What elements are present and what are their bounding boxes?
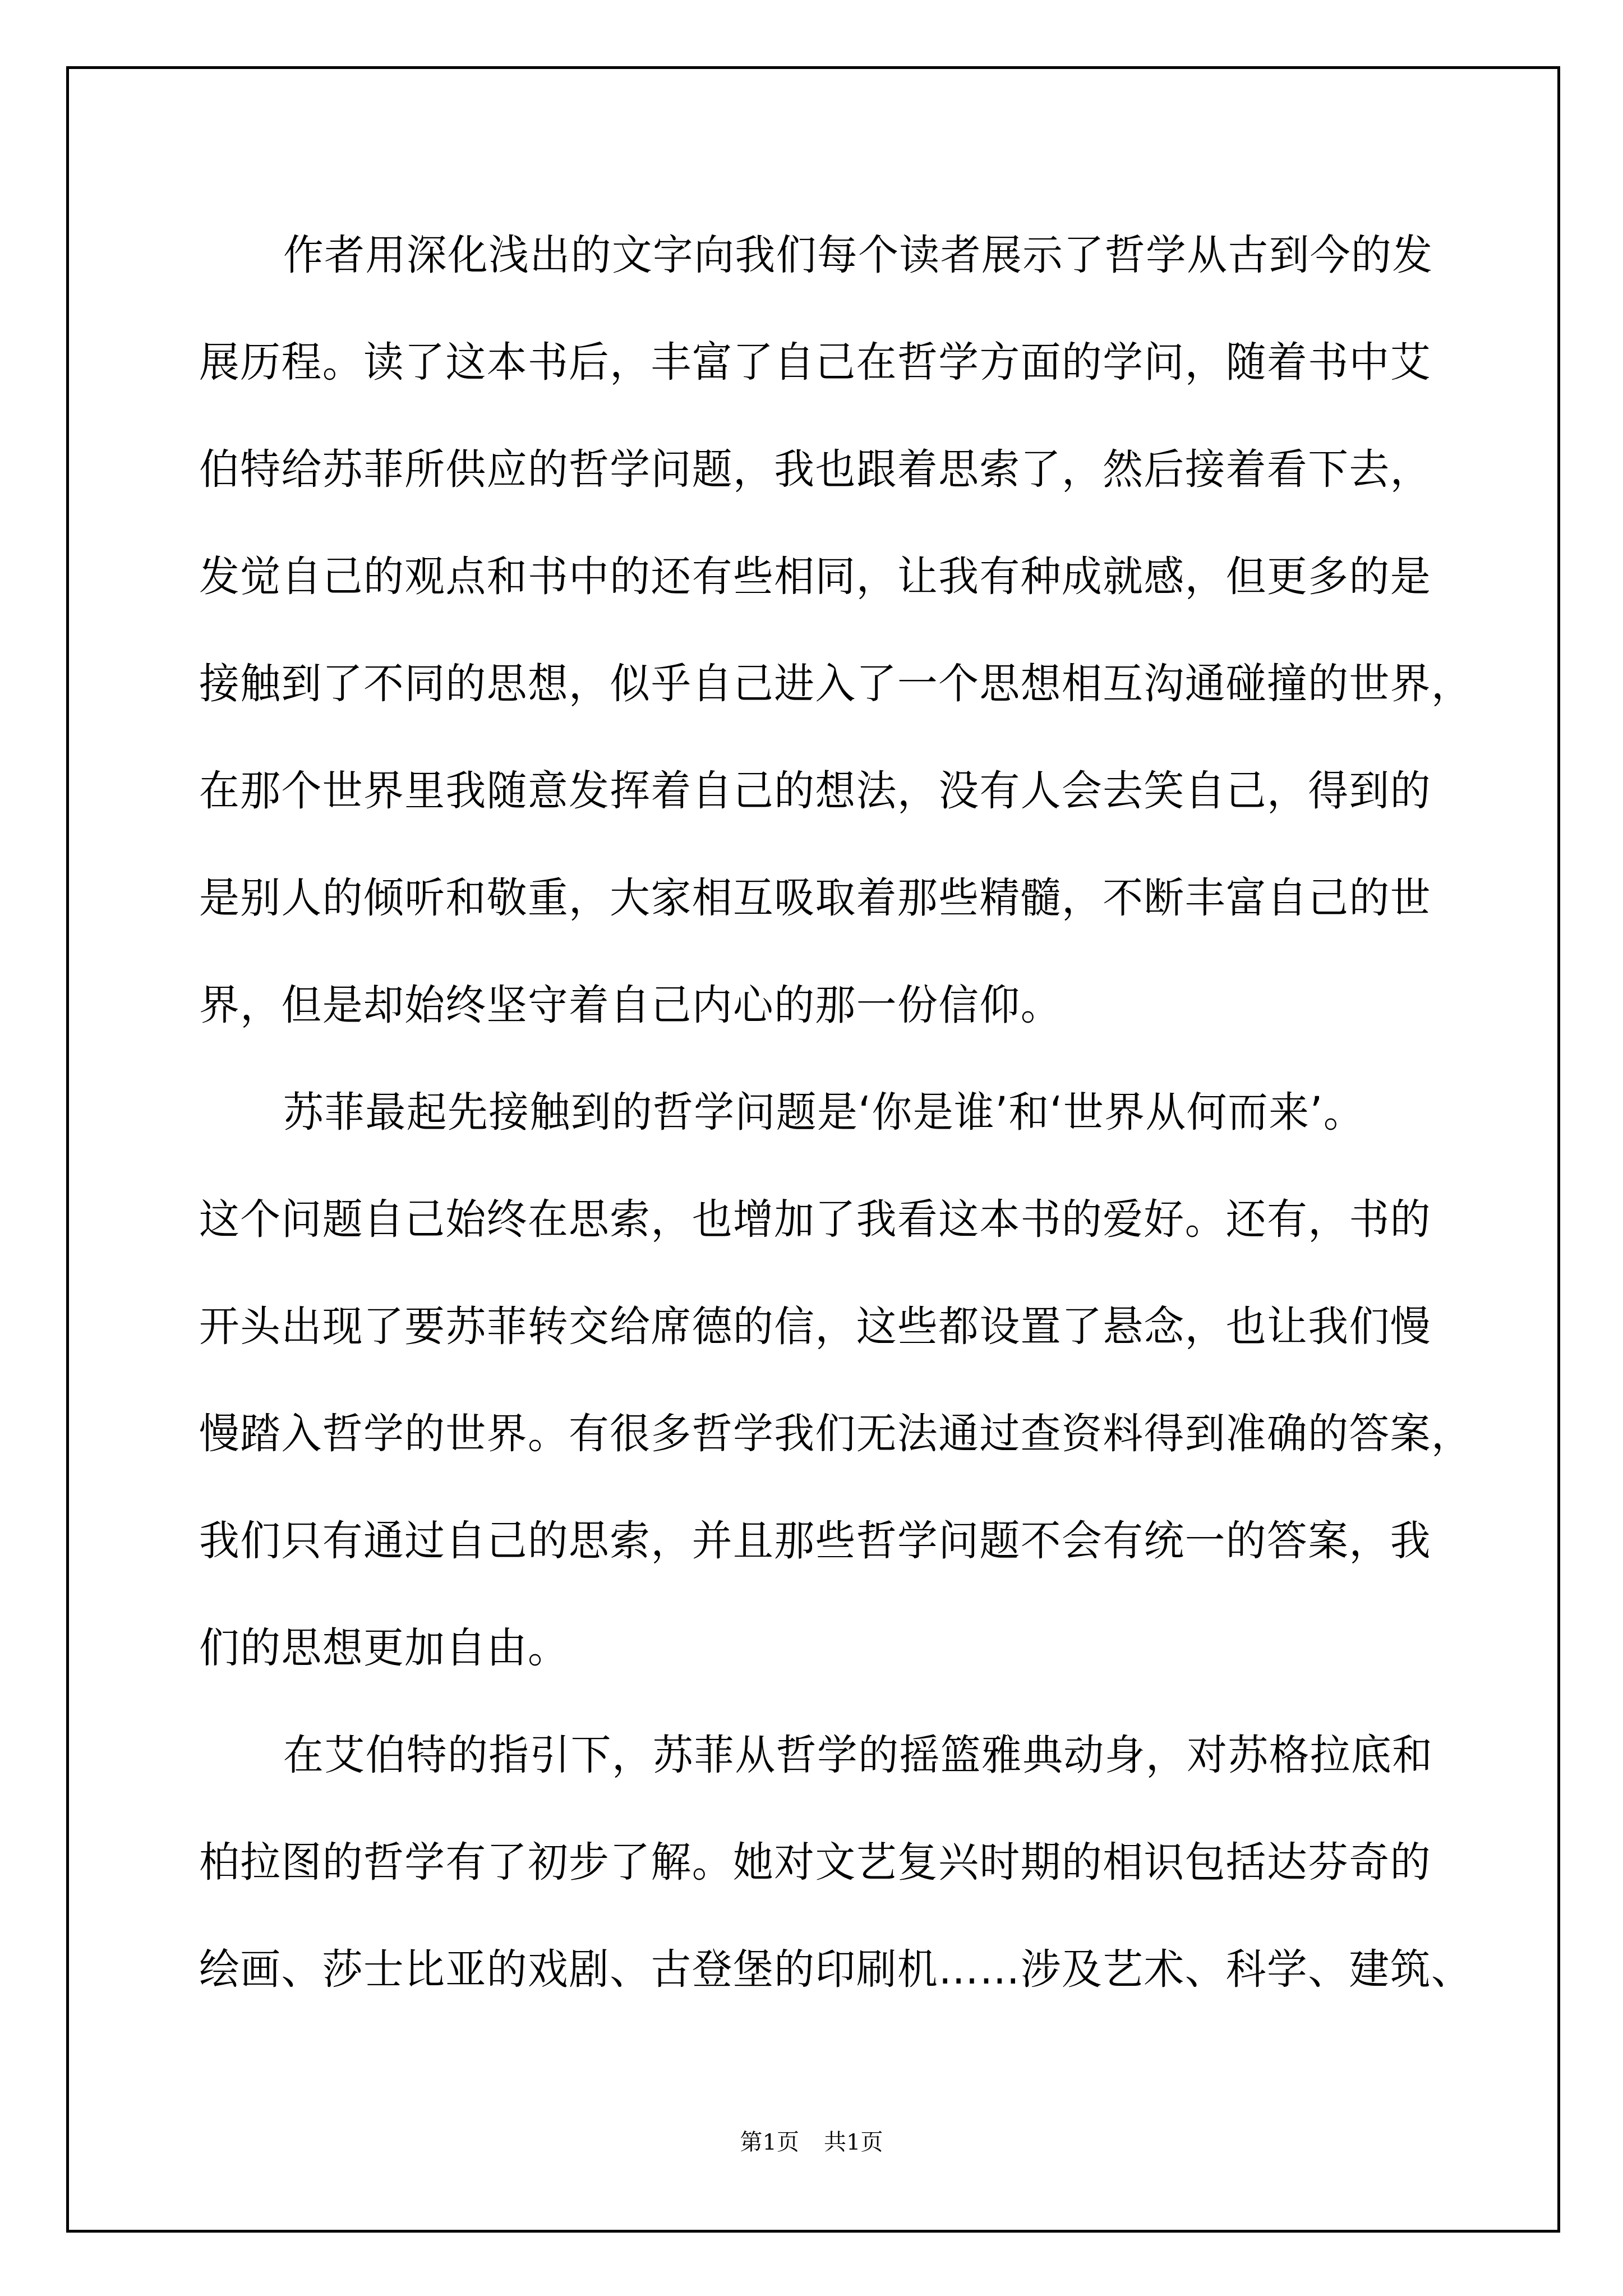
paragraph-1-line-1: 作者用深化浅出的文字向我们每个读者展示了哲学从古到今的发 — [199, 224, 1433, 332]
current-page-indicator: 第1页 — [740, 2129, 799, 2155]
paragraph-3-line-2: 柏拉图的哲学有了初步了解。她对文艺复兴时期的相识包括达芬奇的 — [199, 1832, 1433, 1939]
paragraph-1-line-2: 展历程。读了这本书后，丰富了自己在哲学方面的学问，随着书中艾 — [199, 332, 1433, 439]
paragraph-2-line-6: 们的思想更加自由。 — [199, 1617, 1433, 1724]
paragraph-3-line-3: 绘画、莎士比亚的戏剧、古登堡的印刷机……涉及艺术、科学、建筑、 — [199, 1939, 1433, 2046]
page-footer: 第1页共1页 — [0, 2129, 1623, 2156]
total-pages-indicator: 共1页 — [824, 2129, 883, 2155]
paragraph-1-line-7: 是别人的倾听和敬重，大家相互吸取着那些精髓，不断丰富自己的世 — [199, 867, 1433, 974]
paragraph-1-line-3: 伯特给苏菲所供应的哲学问题，我也跟着思索了，然后接着看下去， — [199, 439, 1433, 546]
paragraph-1-line-5: 接触到了不同的思想，似乎自己进入了一个思想相互沟通碰撞的世界， — [199, 653, 1433, 760]
paragraph-1-line-8: 界，但是却始终坚守着自己内心的那一份信仰。 — [199, 974, 1433, 1082]
paragraph-2-line-5: 我们只有通过自己的思索，并且那些哲学问题不会有统一的答案，我 — [199, 1510, 1433, 1617]
paragraph-3-line-1: 在艾伯特的指引下，苏菲从哲学的摇篮雅典动身，对苏格拉底和 — [199, 1724, 1433, 1832]
paragraph-2-line-1: 苏菲最起先接触到的哲学问题是‘你是谁’和‘世界从何而来’。 — [199, 1082, 1433, 1189]
paragraph-1-line-6: 在那个世界里我随意发挥着自己的想法，没有人会去笑自己，得到的 — [199, 760, 1433, 867]
paragraph-1-line-4: 发觉自己的观点和书中的还有些相同，让我有种成就感，但更多的是 — [199, 546, 1433, 653]
paragraph-2-line-4: 慢踏入哲学的世界。有很多哲学我们无法通过查资料得到准确的答案， — [199, 1403, 1433, 1510]
document-body: 作者用深化浅出的文字向我们每个读者展示了哲学从古到今的发 展历程。读了这本书后，… — [199, 224, 1433, 2046]
paragraph-2-line-3: 开头出现了要苏菲转交给席德的信，这些都设置了悬念，也让我们慢 — [199, 1296, 1433, 1403]
paragraph-2-line-2: 这个问题自己始终在思索，也增加了我看这本书的爱好。还有，书的 — [199, 1189, 1433, 1296]
